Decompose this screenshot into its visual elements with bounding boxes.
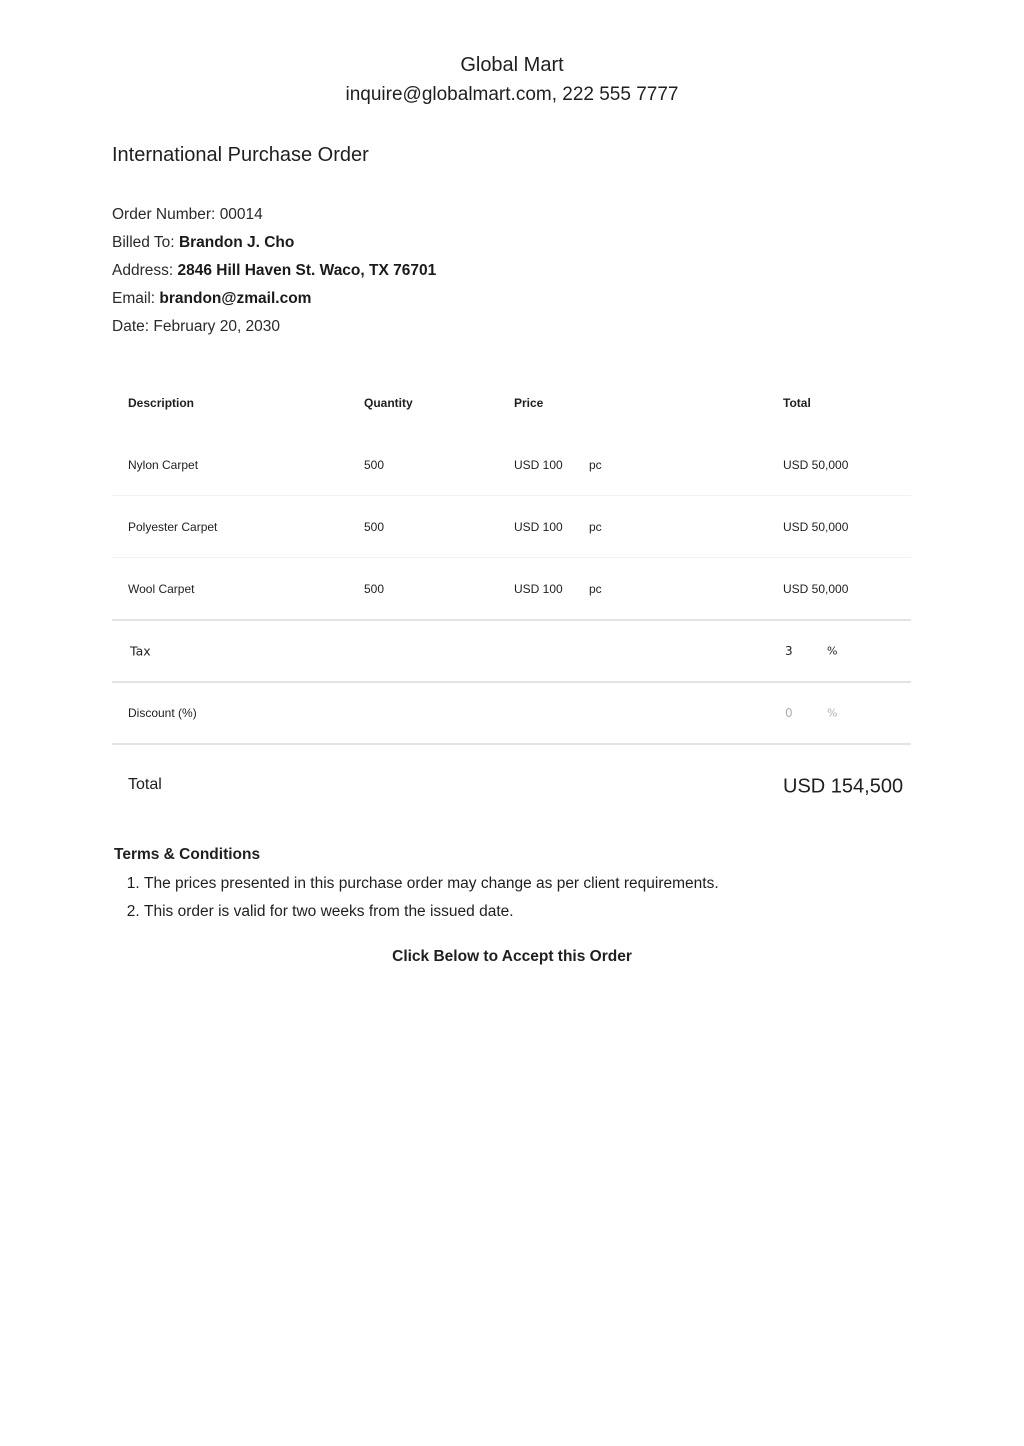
- item-quantity: 500: [364, 458, 384, 472]
- email-line: Email: brandon@zmail.com: [112, 290, 311, 308]
- table-header-row: Description Quantity Price Total: [112, 372, 911, 434]
- address-line: Address: 2846 Hill Haven St. Waco, TX 76…: [112, 262, 436, 280]
- item-description: Nylon Carpet: [128, 458, 198, 472]
- item-unit: pc: [589, 520, 602, 534]
- item-unit: pc: [589, 458, 602, 472]
- item-quantity: 500: [364, 582, 384, 596]
- discount-row: Discount (%) 0 %: [112, 683, 911, 745]
- company-contact: inquire@globalmart.com, 222 555 7777: [0, 84, 1024, 106]
- document-title: International Purchase Order: [112, 144, 369, 167]
- item-total: USD 50,000: [783, 520, 848, 534]
- company-name: Global Mart: [0, 54, 1024, 77]
- terms-item: The prices presented in this purchase or…: [144, 872, 719, 900]
- address-label: Address:: [112, 262, 173, 279]
- date-label: Date:: [112, 318, 149, 335]
- tax-row: Tax 3 %: [112, 621, 911, 683]
- discount-label: Discount (%): [128, 706, 197, 720]
- column-header-description: Description: [128, 396, 194, 410]
- terms-item: This order is valid for two weeks from t…: [144, 900, 719, 928]
- table-row: Polyester Carpet 500 USD 100 pc USD 50,0…: [112, 496, 911, 558]
- column-header-price: Price: [514, 396, 543, 410]
- item-price: USD 100: [514, 520, 563, 534]
- column-header-quantity: Quantity: [364, 396, 413, 410]
- item-price: USD 100: [514, 582, 563, 596]
- order-number-label: Order Number:: [112, 206, 215, 223]
- order-items-table: Description Quantity Price Total Nylon C…: [112, 372, 911, 823]
- terms-list: The prices presented in this purchase or…: [112, 872, 719, 928]
- email-value: brandon@zmail.com: [159, 290, 311, 307]
- date-line: Date: February 20, 2030: [112, 318, 280, 336]
- discount-percent-sign: %: [827, 707, 837, 720]
- date-value: February 20, 2030: [153, 318, 280, 335]
- tax-percent-sign: %: [827, 645, 837, 658]
- grand-total-row: Total USD 154,500: [112, 745, 911, 823]
- billed-to-line: Billed To: Brandon J. Cho: [112, 234, 294, 252]
- item-quantity: 500: [364, 520, 384, 534]
- address-value: 2846 Hill Haven St. Waco, TX 76701: [177, 262, 436, 279]
- column-header-total: Total: [783, 396, 811, 410]
- billed-to-value: Brandon J. Cho: [179, 234, 294, 251]
- item-unit: pc: [589, 582, 602, 596]
- terms-title: Terms & Conditions: [114, 846, 260, 864]
- table-row: Wool Carpet 500 USD 100 pc USD 50,000: [112, 558, 911, 621]
- accept-order-prompt: Click Below to Accept this Order: [0, 948, 1024, 966]
- grand-total-label: Total: [128, 776, 162, 794]
- item-description: Wool Carpet: [128, 582, 194, 596]
- item-total: USD 50,000: [783, 458, 848, 472]
- tax-label: Tax: [130, 644, 151, 659]
- tax-rate-input[interactable]: 3: [785, 644, 793, 658]
- order-number-line: Order Number: 00014: [112, 206, 263, 224]
- item-total: USD 50,000: [783, 582, 848, 596]
- item-price: USD 100: [514, 458, 563, 472]
- discount-input[interactable]: 0: [785, 706, 793, 720]
- email-label: Email:: [112, 290, 155, 307]
- table-row: Nylon Carpet 500 USD 100 pc USD 50,000: [112, 434, 911, 496]
- order-number-value: 00014: [220, 206, 263, 223]
- item-description: Polyester Carpet: [128, 520, 217, 534]
- grand-total-value: USD 154,500: [783, 776, 903, 799]
- billed-to-label: Billed To:: [112, 234, 175, 251]
